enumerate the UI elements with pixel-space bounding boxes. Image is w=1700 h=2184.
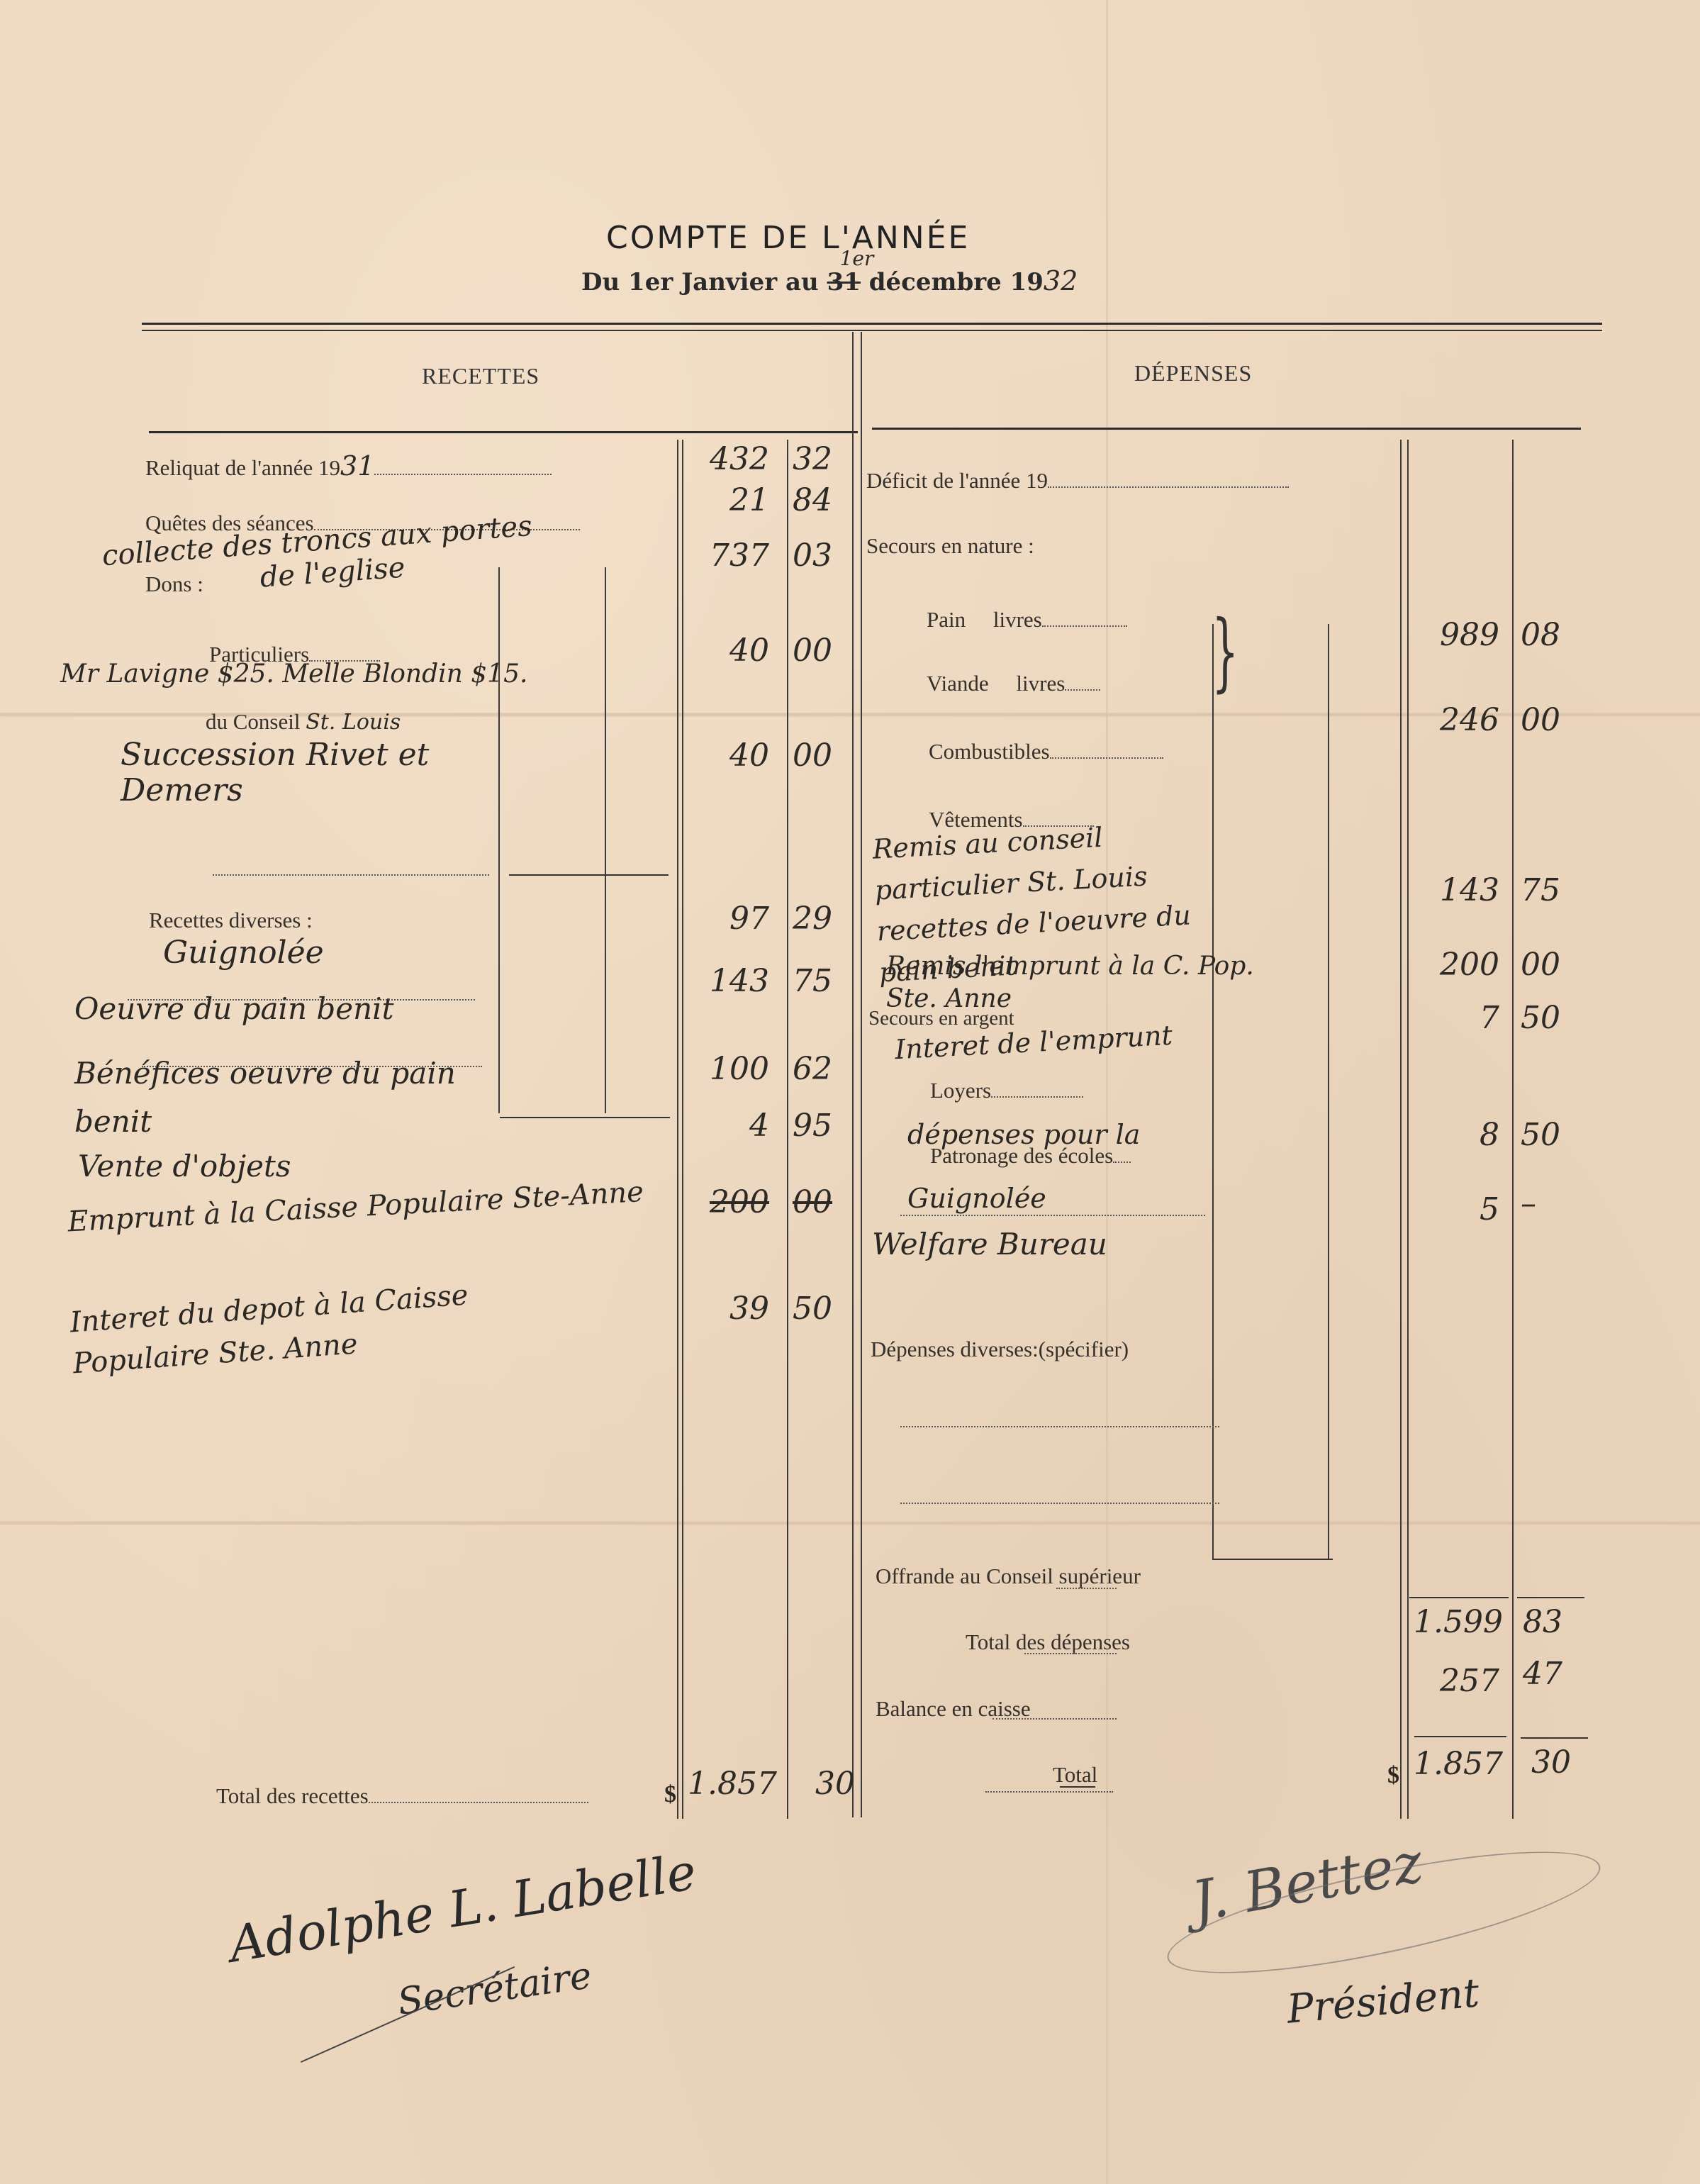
depenses-sub-rule: [1212, 1559, 1333, 1560]
depenses-col-line: [1400, 440, 1402, 1819]
sum-rule: [1409, 1597, 1509, 1598]
amount-cents: 62: [793, 1051, 832, 1087]
amount-cents: 75: [1521, 872, 1560, 908]
handwritten-year: 31: [340, 450, 374, 481]
amount-dollars: 143: [1411, 872, 1499, 908]
amount-cents: 00: [793, 1184, 832, 1220]
amount-dollars: 143: [688, 963, 769, 999]
label-combustibles: Combustibles: [929, 739, 1163, 764]
sum-rule: [1517, 1597, 1584, 1598]
label-loyers: Loyers: [930, 1078, 1083, 1103]
amount-dollars: 97: [688, 901, 769, 937]
president-title: Président: [1285, 1970, 1481, 2032]
amount-dollars: 737: [688, 537, 769, 574]
amount-dollars: 5: [1411, 1191, 1499, 1227]
amount-cents: 00: [793, 737, 832, 774]
handwritten-remis-emprunt: Remis l'emprunt à la C. Pop. Ste. Anne: [886, 950, 1255, 1015]
label-pain: Pain livres: [927, 607, 1127, 633]
handwritten-conseil: St. Louis: [306, 710, 401, 735]
page-title: COMPTE DE L'ANNÉE: [606, 220, 970, 256]
handwritten-interet-depot: Interet du depot à la Caisse Populaire S…: [69, 1265, 612, 1385]
amount-dollars: 40: [688, 737, 769, 774]
recettes-col-line: [682, 440, 683, 1819]
subtitle-day: 311er: [827, 268, 861, 296]
amount-cents: 32: [793, 441, 832, 477]
top-rule: [142, 330, 1602, 331]
total-depenses-cents: 83: [1523, 1604, 1562, 1640]
secretary-title: Secrétaire: [395, 1954, 594, 2024]
label-secours-argent: Secours en argent: [868, 1007, 1014, 1030]
handwritten-guignolee: Guignolée: [163, 935, 324, 971]
recettes-cents-line: [787, 440, 788, 1819]
amount-cents: –: [1521, 1186, 1536, 1222]
dons-box-rule: [500, 1117, 670, 1118]
dons-box-line: [605, 567, 606, 1113]
total-recettes-cents: 30: [815, 1766, 855, 1802]
amount-dollars: 21: [688, 482, 769, 518]
amount-cents: 29: [793, 901, 832, 937]
balance-cents: 47: [1523, 1656, 1562, 1692]
depenses-heading: DÉPENSES: [1134, 360, 1252, 386]
depenses-heading-rule: [872, 428, 1581, 430]
label-du-conseil: du Conseil St. Louis: [206, 709, 401, 735]
amount-dollars: 200: [1411, 947, 1499, 983]
center-divider: [852, 332, 854, 1817]
amount-dollars: 200: [688, 1184, 769, 1220]
total-dollars: 1.857: [1411, 1746, 1503, 1782]
amount-cents: 50: [1521, 1117, 1560, 1153]
subtitle-prefix: Du 1er Janvier au: [581, 268, 827, 296]
brace-icon: }: [1212, 603, 1238, 701]
amount-cents: 00: [1521, 702, 1560, 738]
amount-dollars: 989: [1411, 617, 1499, 653]
handwritten-vente-objets: Vente d'objets: [78, 1149, 291, 1183]
handwritten-welfare-bureau: Welfare Bureau: [872, 1227, 1107, 1261]
amount-cents: 00: [1521, 947, 1560, 983]
amount-cents: 95: [793, 1108, 832, 1144]
recettes-col-line: [677, 440, 678, 1819]
amount-dollars: 432: [688, 441, 769, 477]
dons-box-rule: [509, 874, 669, 876]
handwritten-succession: Succession Rivet et Demers: [121, 737, 489, 808]
amount-dollars: 100: [688, 1051, 769, 1087]
label-viande: Viande livres: [927, 671, 1100, 696]
currency-symbol: $: [664, 1781, 676, 1808]
paper-fold: [0, 1521, 1700, 1525]
currency-symbol: $: [1387, 1762, 1399, 1789]
depenses-sub-line: [1328, 624, 1329, 1560]
amount-dollars: 246: [1411, 702, 1499, 738]
total-cents: 30: [1531, 1744, 1571, 1781]
label-reliquat: Reliquat de l'année 1931: [145, 450, 552, 481]
amount-cents: 03: [793, 537, 832, 574]
recettes-heading-rule: [149, 431, 858, 433]
total-depenses-dollars: 1.599: [1411, 1604, 1503, 1640]
paper-fold: [1106, 0, 1108, 2184]
handwritten-day: 1er: [840, 247, 874, 270]
label-depenses-diverses: Dépenses diverses:(spécifier): [871, 1337, 1129, 1362]
amount-cents: 08: [1521, 617, 1560, 653]
amount-cents: 84: [793, 482, 832, 518]
amount-dollars: 40: [688, 633, 769, 669]
sum-rule: [1521, 1737, 1588, 1739]
amount-dollars: 8: [1411, 1117, 1499, 1153]
depenses-col-line: [1407, 440, 1409, 1819]
dons-box-line: [498, 567, 500, 1113]
subtitle-mid: décembre 19: [861, 268, 1044, 296]
amount-cents: 00: [793, 633, 832, 669]
amount-dollars: 7: [1411, 1000, 1499, 1036]
label-recettes-diverses: Recettes diverses :: [149, 908, 313, 933]
recettes-heading: RECETTES: [422, 363, 539, 389]
total-recettes-dollars: 1.857: [688, 1766, 776, 1802]
depenses-cents-line: [1512, 440, 1514, 1819]
label-patronage: Patronage des écoles: [930, 1143, 1131, 1169]
label-total-recettes: Total des recettes: [216, 1783, 588, 1809]
label-dons: Dons :: [145, 572, 203, 597]
amount-cents: 50: [1521, 1000, 1560, 1036]
handwritten-year: 32: [1044, 265, 1078, 296]
center-divider: [861, 332, 862, 1817]
top-rule: [142, 323, 1602, 325]
handwritten-particuliers: Mr Lavigne $25. Melle Blondin $15.: [60, 659, 527, 689]
secretary-signature: Adolphe L. Labelle: [225, 1842, 700, 1973]
label-secours-nature: Secours en nature :: [866, 533, 1034, 559]
sum-rule: [1414, 1736, 1506, 1737]
amount-dollars: 39: [688, 1291, 769, 1327]
amount-dollars: 4: [688, 1108, 769, 1144]
amount-cents: 50: [793, 1291, 832, 1327]
balance-dollars: 257: [1411, 1663, 1499, 1699]
amount-cents: 75: [793, 963, 832, 999]
label-deficit: Déficit de l'année 19: [866, 468, 1289, 494]
page-subtitle: Du 1er Janvier au 311er décembre 1932: [581, 265, 1078, 296]
